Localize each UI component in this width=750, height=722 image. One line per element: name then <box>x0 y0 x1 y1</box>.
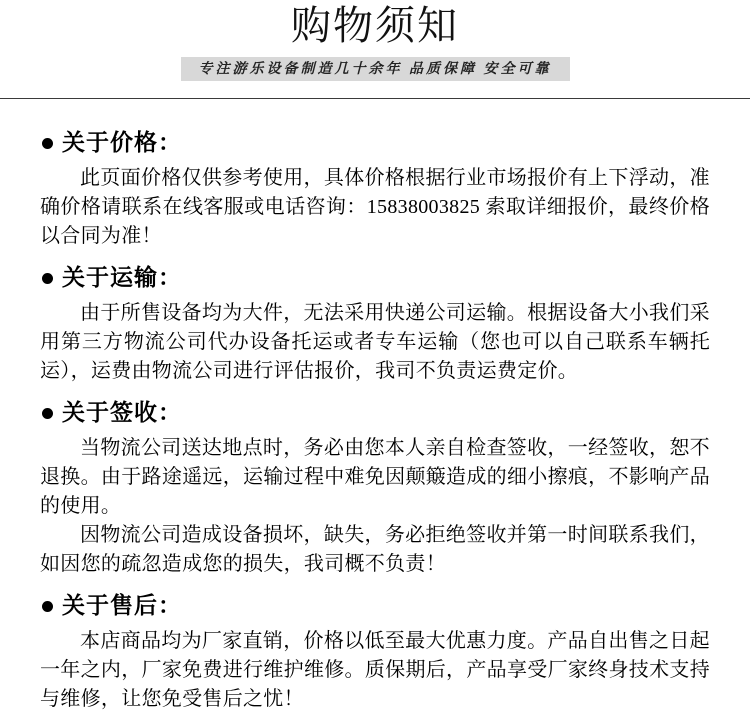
bullet-dot-icon <box>42 601 53 612</box>
section-receipt: 关于签收： 当物流公司送达地点时，务必由您本人亲自检查签收，一经签收，恕不退换。… <box>40 399 710 579</box>
section-price-heading-row: 关于价格： <box>42 129 710 157</box>
page-title: 购物须知 <box>0 2 750 50</box>
bullet-dot-icon <box>42 273 53 284</box>
section-price-paragraph: 此页面价格仅供参考使用，具体价格根据行业市场报价有上下浮动，准确价格请联系在线客… <box>40 164 710 251</box>
section-receipt-heading-row: 关于签收： <box>42 399 710 427</box>
section-shipping-paragraph: 由于所售设备均为大件，无法采用快递公司运输。根据设备大小我们采用第三方物流公司代… <box>40 299 710 386</box>
notice-content: 关于价格： 此页面价格仅供参考使用，具体价格根据行业市场报价有上下浮动，准确价格… <box>0 99 750 714</box>
section-aftersales-paragraph: 本店商品均为厂家直销，价格以低至最大优惠力度。产品自出售之日起一年之内，厂家免费… <box>40 627 710 714</box>
section-aftersales-heading: 关于售后： <box>62 592 182 620</box>
bullet-dot-icon <box>42 138 53 149</box>
section-receipt-heading: 关于签收： <box>62 399 182 427</box>
section-aftersales: 关于售后： 本店商品均为厂家直销，价格以低至最大优惠力度。产品自出售之日起一年之… <box>40 592 710 714</box>
page-header: 购物须知 专注游乐设备制造几十余年 品质保障 安全可靠 <box>0 0 750 81</box>
section-aftersales-heading-row: 关于售后： <box>42 592 710 620</box>
slogan-banner: 专注游乐设备制造几十余年 品质保障 安全可靠 <box>181 57 570 81</box>
slogan-banner-row: 专注游乐设备制造几十余年 品质保障 安全可靠 <box>0 57 750 81</box>
bullet-dot-icon <box>42 408 53 419</box>
section-receipt-paragraph-1: 当物流公司送达地点时，务必由您本人亲自检查签收，一经签收，恕不退换。由于路途遥远… <box>40 434 710 521</box>
section-shipping-heading-row: 关于运输： <box>42 264 710 292</box>
section-receipt-paragraph-2: 因物流公司造成设备损坏，缺失，务必拒绝签收并第一时间联系我们，如因您的疏忽造成您… <box>40 521 710 579</box>
section-price-heading: 关于价格： <box>62 129 182 157</box>
section-price: 关于价格： 此页面价格仅供参考使用，具体价格根据行业市场报价有上下浮动，准确价格… <box>40 129 710 251</box>
section-shipping-heading: 关于运输： <box>62 264 182 292</box>
section-shipping: 关于运输： 由于所售设备均为大件，无法采用快递公司运输。根据设备大小我们采用第三… <box>40 264 710 386</box>
